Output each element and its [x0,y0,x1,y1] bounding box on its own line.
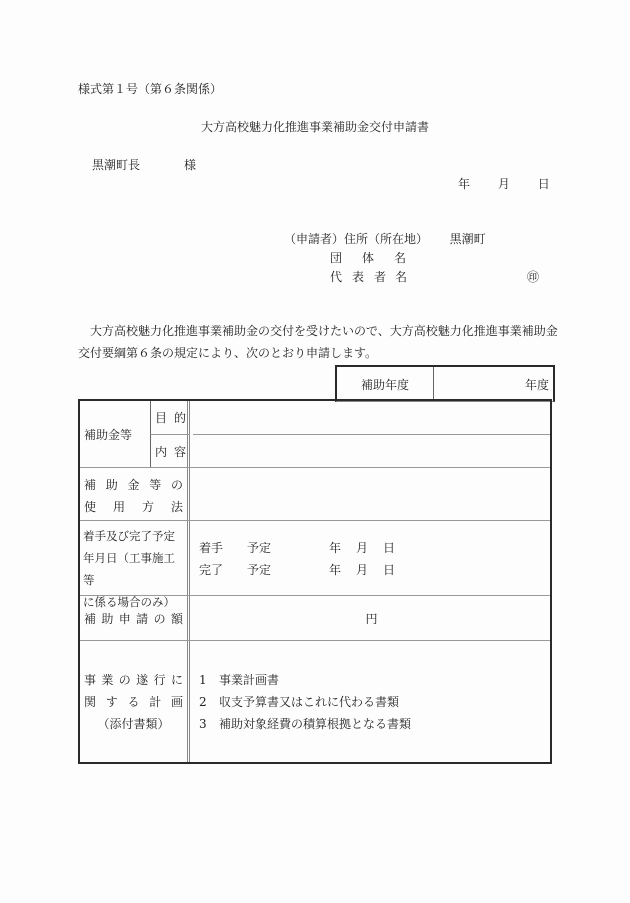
subsidy-year-box: 補助年度 年度 [335,365,555,402]
attachments-list: 1事業計画書 2収支予算書又はこれに代わる書類 3補助対象経費の積算根拠となる書… [193,641,550,762]
plan-label: 事業の遂行に 関する計画 （添付書類） [80,641,190,762]
yen-unit: 円 [365,610,377,627]
schedule-label: 着手及び完了予定 年月日（工事施工等 に係る場合のみ） [80,521,190,596]
date-field[interactable]: 年 月 日 [458,175,574,192]
subsidy-row: 補助金等 目的 内容 [80,401,550,467]
form-number: 様式第１号（第６条関係） [78,80,222,97]
usage-row: 補助金等の 使用方法 [80,467,550,521]
application-statement: 大方高校魅力化推進事業補助金の交付を受けたいので、大方高校魅力化推進事業補助金 … [78,320,558,364]
start-date-line[interactable]: 着手予定年月日 [199,537,550,559]
application-table: 補助金等 目的 内容 補助金等の 使用方法 着手及び完了予定 年月日（工事施工等… [78,399,552,764]
content-label: 内容 [150,434,190,467]
month-label: 月 [498,175,510,192]
seal-mark: ㊞ [527,268,539,285]
attachment-item: 2収支予算書又はこれに代わる書類 [199,691,550,713]
amount-row: 補助申請の額 円 [80,595,550,641]
usage-label: 補助金等の 使用方法 [80,468,190,521]
addressee: 黒潮町長 [92,156,140,173]
org-name-label: 団体名 [330,249,406,266]
address-label: （申請者）住所（所在地） [284,232,428,246]
subsidy-label: 補助金等 [84,401,132,467]
amount-field[interactable]: 円 [193,596,550,641]
applicant-address: （申請者）住所（所在地） 黒潮町 [284,230,486,247]
purpose-label: 目的 [150,401,190,434]
subsidy-year-label: 補助年度 [337,367,434,401]
purpose-field[interactable] [193,401,550,434]
year-label: 年 [458,175,470,192]
usage-field[interactable] [193,468,550,521]
day-label: 日 [538,175,550,192]
plan-row: 事業の遂行に 関する計画 （添付書類） 1事業計画書 2収支予算書又はこれに代わ… [80,640,550,762]
content-field[interactable] [193,434,550,467]
attachment-item: 3補助対象経費の積算根拠となる書類 [199,713,550,735]
statement-line-1: 大方高校魅力化推進事業補助金の交付を受けたいので、大方高校魅力化推進事業補助金 [78,320,558,342]
year-suffix: 年度 [525,376,549,393]
representative-label: 代表者名 [330,268,407,285]
completion-date-line[interactable]: 完了予定年月日 [199,559,550,581]
schedule-row: 着手及び完了予定 年月日（工事施工等 に係る場合のみ） 着手予定年月日 完了予定… [80,520,550,596]
honorific: 様 [184,156,196,173]
document-title: 大方高校魅力化推進事業補助金交付申請書 [0,118,630,135]
attachment-item: 1事業計画書 [199,669,550,691]
schedule-field[interactable]: 着手予定年月日 完了予定年月日 [193,521,550,596]
address-value[interactable]: 黒潮町 [450,232,486,246]
subsidy-year-field[interactable]: 年度 [434,367,553,401]
statement-line-2: 交付要綱第６条の規定により、次のとおり申請します。 [78,342,558,364]
amount-label: 補助申請の額 [80,596,190,641]
